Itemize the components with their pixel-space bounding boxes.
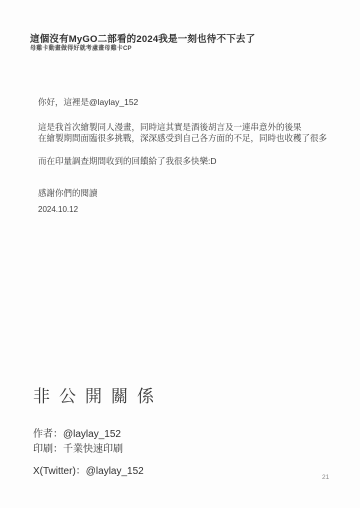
credit-author: 作者：@laylay_152	[33, 425, 121, 440]
afterword-paragraph2: 而在印量調查期間收到的回饋給了我很多快樂:D	[38, 155, 217, 167]
afterword-greeting: 你好，這裡是@laylay_152	[38, 96, 138, 108]
credit-printer: 印刷：千業快速印刷	[33, 440, 123, 455]
afterword-thanks: 感謝你們的閱讀	[38, 187, 98, 199]
afterword-paragraph-line2: 在繪製期間面臨很多挑戰，深深感受到自己各方面的不足，同時也收穫了很多	[38, 132, 327, 144]
doujinshi-afterword-page: 這個沒有MyGO二部看的2024我是一刻也待不下去了 母雞卡動畫做得好就考慮畫母…	[0, 0, 360, 508]
credit-twitter: X(Twitter)：@laylay_152	[33, 462, 144, 477]
page-number: 21	[322, 474, 329, 481]
afterword-date: 2024.10.12	[38, 205, 78, 214]
doujin-header-subtitle: 母雞卡動畫做得好就考慮畫母雞卡CP	[30, 43, 132, 52]
work-title: 非公開關係	[33, 382, 163, 407]
